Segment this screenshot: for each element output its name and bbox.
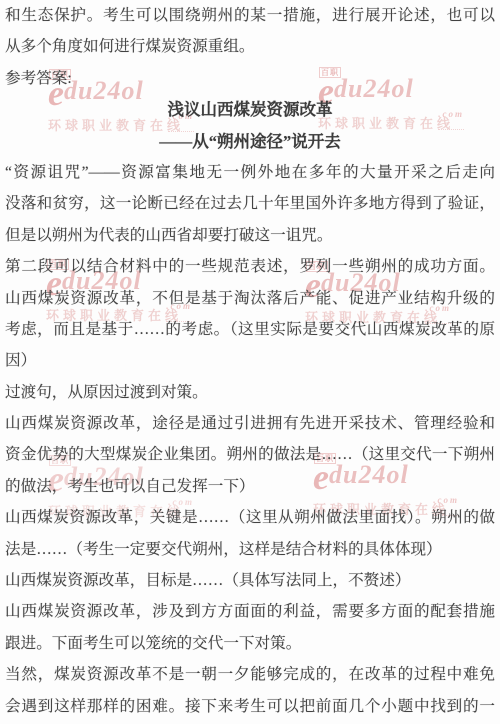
- text-line: 山西煤炭资源改革，途径是通过引进拥有先进开采技术、管理经验和: [5, 408, 495, 439]
- text-line: 和生态保护。考生可以围绕朔州的某一措施，进行展开论述，也可以: [5, 0, 495, 31]
- document-page: 百职edu24ol .com 环球职业教育在线 百职edu24ol .com 环…: [0, 0, 500, 724]
- text-line: 会遇到这样那样的困难。接下来考生可以把前面几个小题中找到的一: [5, 691, 495, 722]
- text-line: 山西煤炭资源改革，关键是……（这里从朔州做法里面找）。朔州的做: [5, 502, 495, 533]
- text-line: “资源诅咒”——资源富集地无一例外地在多年的大量开采之后走向: [5, 157, 495, 188]
- text-line: 过渡句，从原因过渡到对策。: [5, 377, 495, 408]
- text-line: 资金优势的大型煤炭企业集团。朔州的做法是……（这里交代一下朔州: [5, 439, 495, 470]
- text-line: 当然，煤炭资源改革不是一朝一夕能够完成的，在改革的过程中难免: [5, 659, 495, 690]
- document-text: 和生态保护。考生可以围绕朔州的某一措施，进行展开论述，也可以 从多个角度如何进行…: [0, 0, 500, 722]
- text-line: 没落和贫穷，这一论断已经在过去几十年里国外许多地方得到了验证，: [5, 188, 495, 219]
- text-line: 山西煤炭资源改革，涉及到方方面面的利益，需要多方面的配套措施: [5, 596, 495, 627]
- text-line: 考虑，而且是基于……的考虑。（这里实际是要交代山西煤炭改革的原: [5, 314, 495, 345]
- text-line: 第二段可以结合材料中的一些规范表述，罗列一些朔州的成功方面。: [5, 251, 495, 282]
- text-line: 因）: [5, 345, 495, 376]
- text-line: 的做法，考生也可以自己发挥一下）: [5, 471, 495, 502]
- text-line: 山西煤炭资源改革，不但是基于淘汰落后产能、促进产业结构升级的: [5, 283, 495, 314]
- text-line: 法是……（考生一定要交代朔州，这样是结合材料的具体体现）: [5, 534, 495, 565]
- answer-title: 浅议山西煤炭资源改革: [5, 94, 495, 125]
- answer-subtitle: ——从“朔州途径”说开去: [5, 126, 495, 157]
- text-line: 但是以朔州为代表的山西省却要打破这一诅咒。: [5, 220, 495, 251]
- text-line: 跟进。下面考生可以笼统的交代一下对策。: [5, 628, 495, 659]
- text-line: 从多个角度如何进行煤炭资源重组。: [5, 31, 495, 62]
- text-line: 山西煤炭资源改革，目标是……（具体写法同上，不赘述）: [5, 565, 495, 596]
- reference-answer-label: 参考答案:: [5, 63, 495, 94]
